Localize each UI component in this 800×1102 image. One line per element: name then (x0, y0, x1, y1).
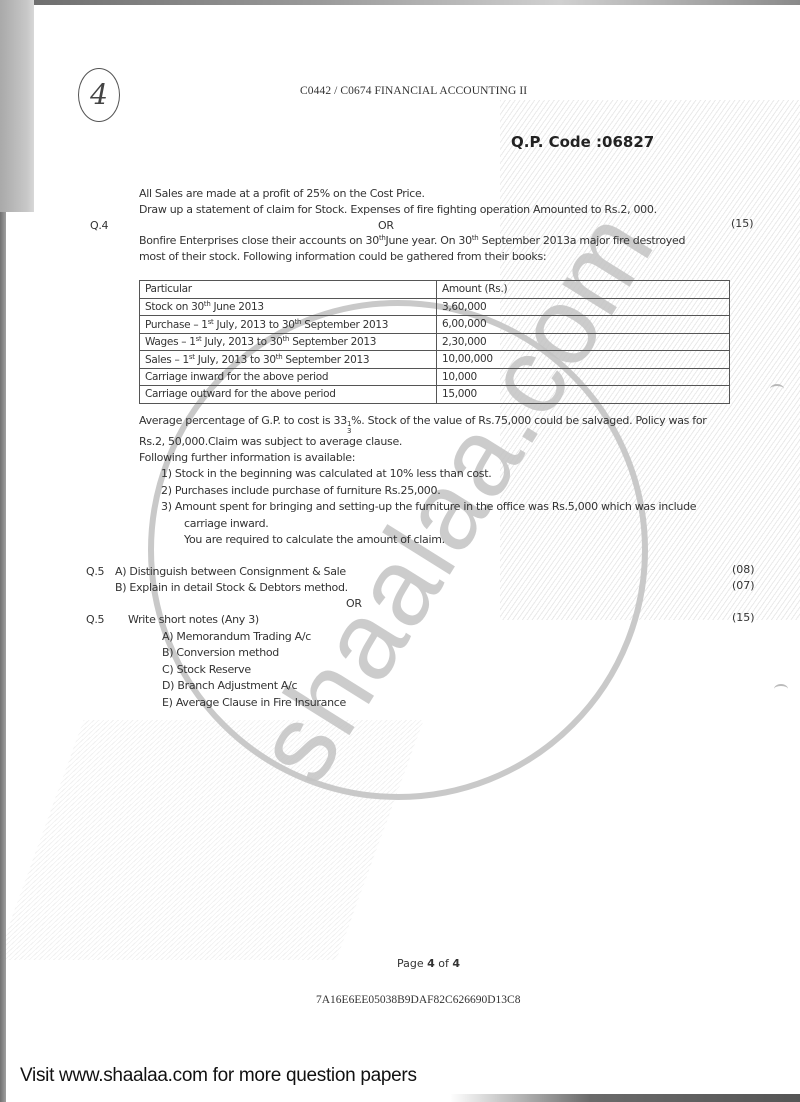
table-row: Carriage outward for the above period 15… (140, 386, 730, 404)
gp-line: Average percentage of G.P. to cost is 33… (139, 414, 707, 435)
info-point-continued: carriage inward. (184, 517, 268, 530)
short-note-item: D) Branch Adjustment A/c (162, 679, 297, 692)
prev-text-line: All Sales are made at a profit of 25% on… (139, 187, 425, 200)
policy-line: Rs.2, 50,000.Claim was subject to averag… (139, 435, 402, 448)
info-point: 3) Amount spent for bringing and setting… (161, 500, 696, 513)
amount-cell: 3,60,000 (437, 298, 730, 316)
or-separator: OR (378, 219, 394, 232)
text-run: of (435, 957, 453, 970)
question-number: Q.5 (86, 565, 104, 578)
document-hash: 7A16E6EE05038B9DAF82C626690D13C8 (316, 994, 520, 1006)
short-note-item: C) Stock Reserve (162, 663, 251, 676)
table-header-row: Particular Amount (Rs.) (140, 281, 730, 299)
question-number: Q.4 (90, 219, 108, 232)
punch-hole-mark (774, 684, 788, 694)
scan-edge-left-shadow (0, 0, 34, 212)
particular-cell: Carriage inward for the above period (140, 368, 437, 386)
info-point: 2) Purchases include purchase of furnitu… (161, 484, 440, 497)
short-note-item: E) Average Clause in Fire Insurance (162, 696, 346, 709)
short-note-item: A) Memorandum Trading A/c (162, 630, 311, 643)
q4-intro-line: Bonfire Enterprises close their accounts… (139, 234, 685, 247)
superscript: th (379, 234, 386, 242)
amount-cell: 15,000 (437, 386, 730, 404)
page-number-annotation: 4 (78, 68, 120, 122)
question-marks: (15) (731, 217, 754, 230)
page-indicator: Page 4 of 4 (397, 957, 460, 970)
question-part: B) Explain in detail Stock & Debtors met… (115, 581, 348, 594)
stock-info-table: Particular Amount (Rs.) Stock on 30th Ju… (139, 280, 730, 404)
question-part: A) Distinguish between Consignment & Sal… (115, 565, 346, 578)
amount-cell: 10,000 (437, 368, 730, 386)
qp-code: Q.P. Code :06827 (511, 133, 654, 151)
text-run: Page (397, 957, 427, 970)
table-row: Stock on 30th June 2013 3,60,000 (140, 298, 730, 316)
table-header-cell: Amount (Rs.) (437, 281, 730, 299)
prev-text-line: Draw up a statement of claim for Stock. … (139, 203, 657, 216)
question-number: Q.5 (86, 613, 104, 626)
text-run: %. Stock of the value of Rs.75,000 could… (351, 414, 706, 427)
or-separator: OR (346, 597, 362, 610)
amount-cell: 10,00,000 (437, 351, 730, 369)
table-row: Carriage inward for the above period 10,… (140, 368, 730, 386)
amount-cell: 6,00,000 (437, 316, 730, 334)
total-pages: 4 (452, 957, 460, 970)
question-marks: (07) (732, 579, 755, 592)
current-page: 4 (427, 957, 435, 970)
text-run: September 2013a major fire destroyed (478, 234, 685, 247)
required-statement: You are required to calculate the amount… (184, 533, 445, 546)
scan-edge-top (0, 0, 800, 5)
amount-cell: 2,30,000 (437, 333, 730, 351)
table-row: Purchase – 1st July, 2013 to 30th Septem… (140, 316, 730, 334)
scan-edge-left (0, 212, 6, 1102)
question-title: Write short notes (Any 3) (128, 613, 259, 626)
particular-cell: Sales – 1st July, 2013 to 30th September… (140, 351, 437, 369)
question-marks: (08) (732, 563, 755, 576)
scan-edge-bottom (450, 1094, 800, 1102)
fraction-denominator: 3 (347, 428, 351, 435)
course-title: C0442 / C0674 FINANCIAL ACCOUNTING II (300, 85, 527, 97)
short-note-item: B) Conversion method (162, 646, 279, 659)
table-row: Sales – 1st July, 2013 to 30th September… (140, 351, 730, 369)
text-run: Bonfire Enterprises close their accounts… (139, 234, 379, 247)
question-marks: (15) (732, 611, 755, 624)
table-header-cell: Particular (140, 281, 437, 299)
table-row: Wages – 1st July, 2013 to 30th September… (140, 333, 730, 351)
particular-cell: Purchase – 1st July, 2013 to 30th Septem… (140, 316, 437, 334)
particular-cell: Stock on 30th June 2013 (140, 298, 437, 316)
particular-cell: Wages – 1st July, 2013 to 30th September… (140, 333, 437, 351)
text-run: Average percentage of G.P. to cost is 33 (139, 414, 347, 427)
info-point: 1) Stock in the beginning was calculated… (161, 467, 491, 480)
promo-banner: Visit www.shaalaa.com for more question … (20, 1065, 417, 1087)
text-run: June year. On 30 (386, 234, 472, 247)
q4-intro-line: most of their stock. Following informati… (139, 250, 546, 263)
particular-cell: Carriage outward for the above period (140, 386, 437, 404)
further-info-heading: Following further information is availab… (139, 451, 355, 464)
